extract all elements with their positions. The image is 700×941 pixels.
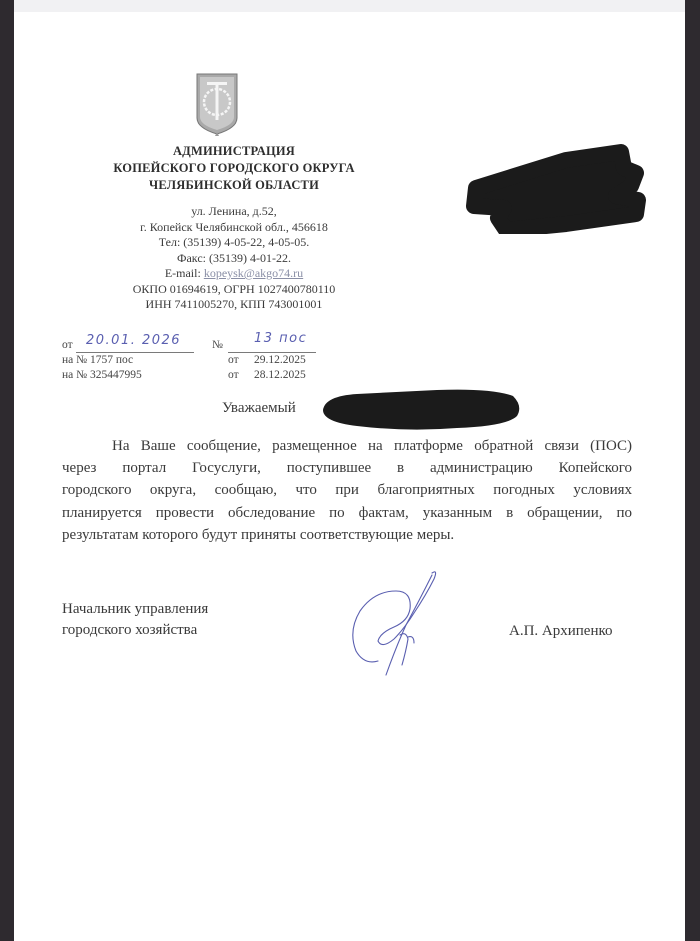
signatory-name: А.П. Архипенко xyxy=(509,621,613,642)
signatory-title-line: городского хозяйства xyxy=(62,620,197,641)
date-underline xyxy=(76,352,194,353)
in-reply-from-1: от xyxy=(228,354,239,366)
organization-name: АДМИНИСТРАЦИЯ КОПЕЙСКОГО ГОРОДСКОГО ОКРУ… xyxy=(74,143,394,194)
in-reply-number-1: на № 1757 пос xyxy=(62,354,133,366)
contact-block: ул. Ленина, д.52, г. Копейск Челябинской… xyxy=(74,204,394,313)
signatory-title-line: Начальник управления xyxy=(62,599,208,620)
handwritten-number: 13 пос xyxy=(254,331,307,346)
body-line: результатам которого будут приняты соотв… xyxy=(62,524,632,546)
handwritten-date: 20.01. 2026 xyxy=(86,333,181,348)
in-reply-date-2: 28.12.2025 xyxy=(254,369,306,381)
fax-line: Факс: (35139) 4-01-22. xyxy=(74,251,394,267)
address-line: г. Копейск Челябинской обл., 456618 xyxy=(74,220,394,236)
body-line: городского округа, сообщаю, что при благ… xyxy=(62,479,632,501)
phone-line: Тел: (35139) 4-05-22, 4-05-05. xyxy=(74,235,394,251)
org-line: АДМИНИСТРАЦИЯ xyxy=(74,143,394,160)
addressee-redaction xyxy=(446,138,656,234)
body-line: планируется провести обследование по фак… xyxy=(62,502,632,524)
handwritten-signature-icon xyxy=(334,565,454,685)
org-line: КОПЕЙСКОГО ГОРОДСКОГО ОКРУГА xyxy=(74,160,394,177)
body-line: На Ваше сообщение, размещенное на платфо… xyxy=(62,435,632,457)
letter-page: АДМИНИСТРАЦИЯ КОПЕЙСКОГО ГОРОДСКОГО ОКРУ… xyxy=(14,0,685,941)
email-line: E-mail: kopeysk@akgo74.ru xyxy=(74,266,394,282)
in-reply-number-2: на № 325447995 xyxy=(62,369,142,381)
number-label: № xyxy=(212,339,223,351)
inn-kpp-line: ИНН 7411005270, КПП 743001001 xyxy=(74,297,394,313)
email-label: E-mail: xyxy=(165,266,204,280)
in-reply-from-2: от xyxy=(228,369,239,381)
greeting: Уважаемый xyxy=(222,400,296,417)
email-link[interactable]: kopeysk@akgo74.ru xyxy=(204,266,303,280)
in-reply-date-1: 29.12.2025 xyxy=(254,354,306,366)
city-coat-of-arms-icon xyxy=(195,72,239,138)
letter-body: На Ваше сообщение, размещенное на платфо… xyxy=(62,435,632,546)
scan-top-shadow xyxy=(14,0,685,12)
body-line: через портал Госуслуги, поступившее в ад… xyxy=(62,457,632,479)
okpo-ogrn-line: ОКПО 01694619, ОГРН 1027400780110 xyxy=(74,282,394,298)
recipient-name-redaction xyxy=(317,386,525,434)
number-underline xyxy=(228,352,316,353)
date-label: от xyxy=(62,339,73,351)
address-line: ул. Ленина, д.52, xyxy=(74,204,394,220)
org-line: ЧЕЛЯБИНСКОЙ ОБЛАСТИ xyxy=(74,177,394,194)
